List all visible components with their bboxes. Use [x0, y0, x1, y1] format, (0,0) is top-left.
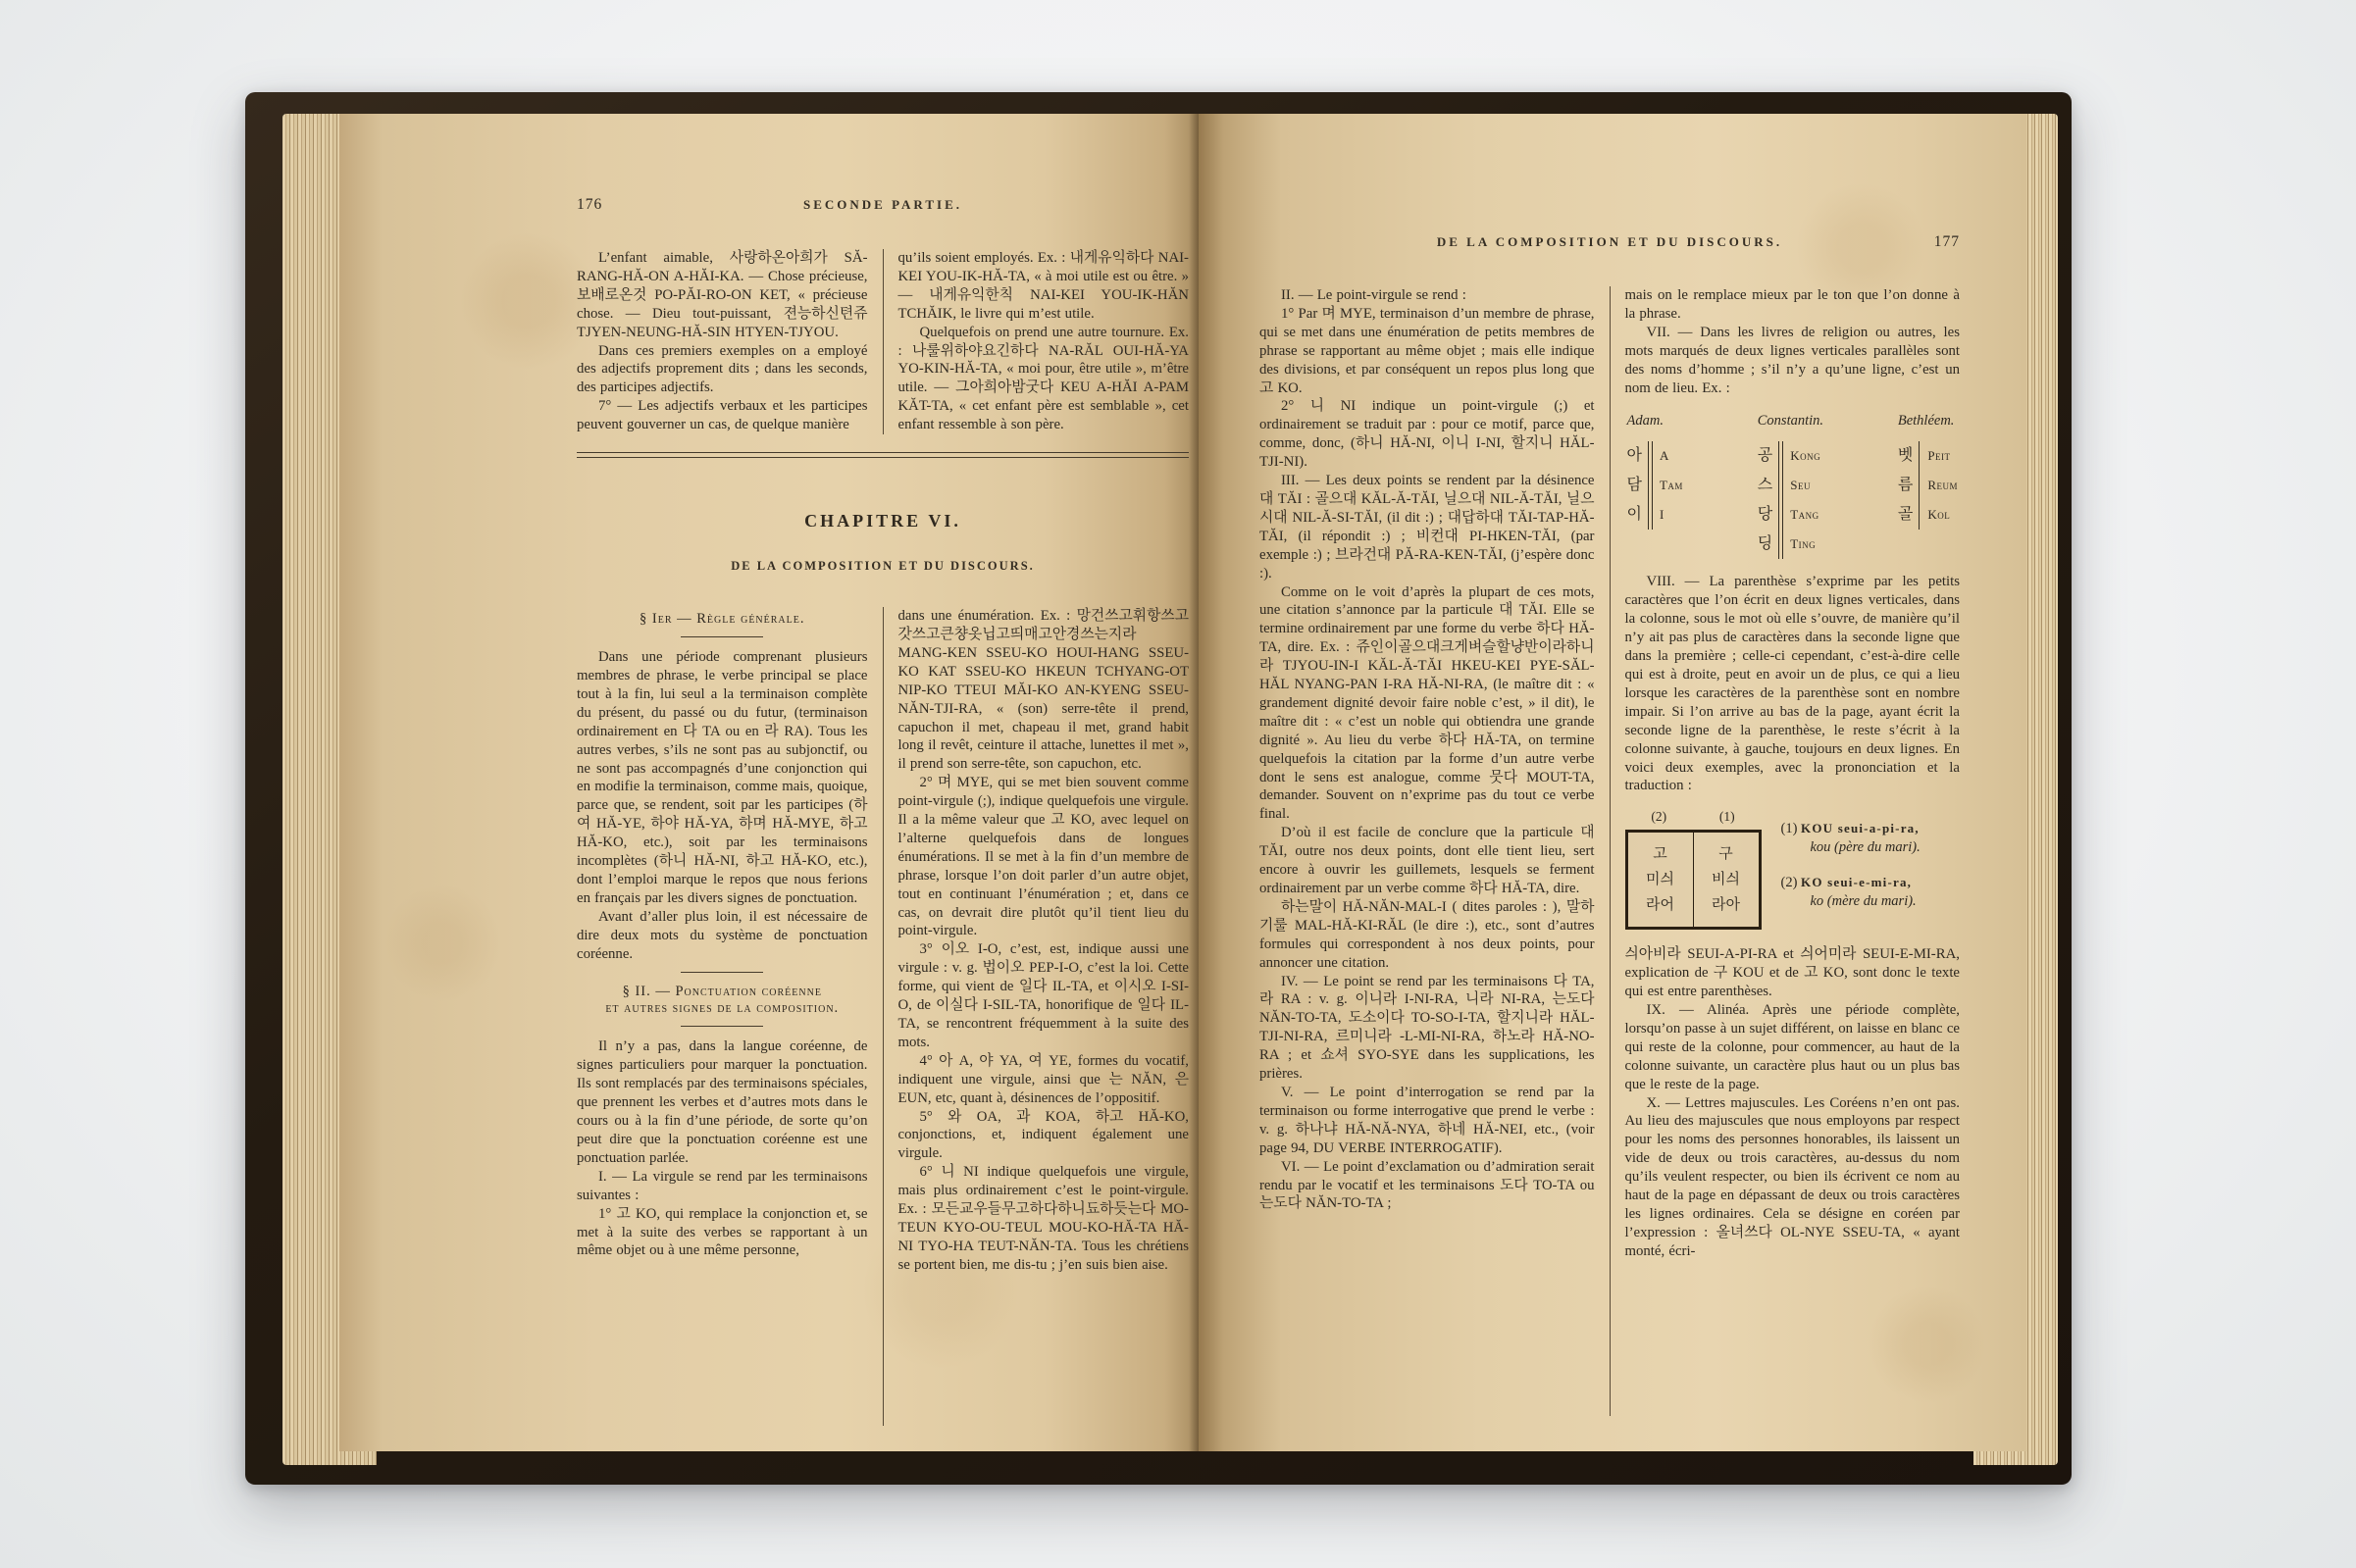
- parenthesis-box-area: (2)(1)고미싀라어구비싀라아: [1625, 809, 1762, 930]
- paragraph: qu’ils soient employés. Ex. : 내게유익하다 NAI…: [898, 249, 1190, 324]
- page-header-left: 176 SECONDE PARTIE.: [577, 196, 1189, 214]
- running-head: DE LA COMPOSITION ET DU DISCOURS.: [1338, 234, 1881, 250]
- romanization: Kong: [1790, 448, 1820, 464]
- paragraph: 하는말이 HĂ-NĂN-MAL-I ( dites paroles : ), 말…: [1259, 898, 1595, 973]
- example-translation: kou (père du mari).: [1781, 838, 1961, 857]
- romanization: Ting: [1790, 536, 1820, 552]
- paragraph: II. — Le point-virgule se rend :: [1259, 286, 1595, 305]
- pronunciation-examples: (1) KOU seui-a-pi-ra,kou (père du mari).…: [1781, 809, 1961, 927]
- chapter-heading: CHAPITRE VI. DE LA COMPOSITION ET DU DIS…: [577, 511, 1189, 574]
- name-header: Adam.: [1627, 413, 1683, 430]
- text-column: II. — Le point-virgule se rend :1° Par 며…: [1259, 286, 1610, 1416]
- chapter-title: CHAPITRE VI.: [577, 511, 1189, 531]
- column-number-label: (1): [1719, 809, 1735, 825]
- paragraph: Avant d’aller plus loin, il est nécessai…: [577, 908, 868, 964]
- page-177: DE LA COMPOSITION ET DU DISCOURS. 177 II…: [1199, 114, 2026, 1451]
- paragraph: 2° 며 MYE, qui se met bien souvent comme …: [898, 774, 1190, 940]
- paragraph: 3° 이오 I-O, c’est, est, indique aussi une…: [898, 940, 1190, 1051]
- paragraph: 6° 니 NI indique quelquefois une virgule,…: [898, 1163, 1190, 1274]
- chapter-subtitle: DE LA COMPOSITION ET DU DISCOURS.: [577, 559, 1189, 574]
- example-romanization: KO seui-e-mi-ra,: [1801, 875, 1912, 889]
- pronunciation-example: (2) KO seui-e-mi-ra,ko (mère du mari).: [1781, 873, 1961, 911]
- text-column: L’enfant aimable, 사랑하온아희가 SĂ-RANG-HĂ-ON …: [577, 249, 883, 434]
- text-column: mais on le remplace mieux par le ton que…: [1610, 286, 1961, 1416]
- romanization: A: [1660, 448, 1683, 464]
- paragraph: VI. — Le point d’exclamation ou d’admira…: [1259, 1158, 1595, 1214]
- hangul-char: 벳: [1898, 441, 1913, 471]
- paragraph: 7° — Les adjectifs verbaux et les partic…: [577, 397, 868, 434]
- name-body: 아담이ATamI: [1627, 441, 1683, 530]
- paragraph: Comme on le voit d’après la plupart de c…: [1259, 583, 1595, 825]
- hangul-char: 공: [1758, 441, 1772, 471]
- name-header: Bethléem.: [1898, 413, 1958, 430]
- name-group: Bethléem.벳름골PeitReumKol: [1898, 413, 1958, 559]
- paragraph: I. — La virgule se rend par les terminai…: [577, 1168, 868, 1205]
- pronunciation-example: (1) KOU seui-a-pi-ra,kou (père du mari).: [1781, 819, 1961, 857]
- paragraph: Quelquefois on prend une autre tournure.…: [898, 324, 1190, 434]
- hangul-char: 딩: [1758, 530, 1772, 559]
- paragraph: D’où il est facile de conclure que la pa…: [1259, 824, 1595, 898]
- hangul-char: 아: [1627, 441, 1642, 471]
- paragraph: VII. — Dans les livres de religion ou au…: [1625, 324, 1961, 398]
- name-header: Constantin.: [1758, 413, 1823, 430]
- paragraph: III. — Les deux points se rendent par la…: [1259, 472, 1595, 582]
- romanization: Reum: [1927, 478, 1958, 493]
- column-number-labels: (2)(1): [1625, 809, 1762, 825]
- paragraph: 5° 와 OA, 과 KOA, 하고 HĂ-KO, conjonctions, …: [898, 1108, 1190, 1164]
- page-176: 176 SECONDE PARTIE. L’enfant aimable, 사랑…: [339, 114, 1199, 1451]
- romanization-column: PeitReumKol: [1921, 441, 1958, 530]
- hangul-line: 라아: [1696, 892, 1757, 918]
- hangul-column: 벳름골: [1898, 441, 1919, 530]
- hangul-line: 라어: [1630, 892, 1691, 918]
- name-body: 공스당딩KongSeuTangTing: [1758, 441, 1823, 559]
- paragraph: Il n’y a pas, dans la langue coréenne, d…: [577, 1037, 868, 1167]
- short-rule: [681, 972, 763, 973]
- paragraph: IV. — Le point se rend par les terminais…: [1259, 973, 1595, 1084]
- short-rule: [681, 636, 763, 637]
- section-heading-line: § Ier — Règle générale.: [577, 611, 868, 628]
- parenthesis-box-cell: 고미싀라어: [1628, 833, 1693, 927]
- paragraph: 1° 고 KO, qui remplace la conjonction et,…: [577, 1205, 868, 1261]
- paragraph: IX. — Alinéa. Après une période complète…: [1625, 1001, 1961, 1094]
- paragraph: Dans une période comprenant plusieurs me…: [577, 648, 868, 908]
- paragraph: 4° 아 A, 야 YA, 여 YE, formes du vocatif, i…: [898, 1052, 1190, 1108]
- paragraph: VIII. — La parenthèse s’exprime par les …: [1625, 573, 1961, 795]
- hangul-line: 미싀: [1630, 867, 1691, 892]
- text-column: § Ier — Règle générale.Dans une période …: [577, 607, 883, 1426]
- name-group: Constantin.공스당딩KongSeuTangTing: [1758, 413, 1823, 559]
- romanization: Tang: [1790, 507, 1820, 523]
- hangul-line: 구: [1696, 841, 1757, 867]
- section-heading: § Ier — Règle générale.: [577, 611, 868, 628]
- paragraph: 2° 니 NI indique un point-virgule (;) et …: [1259, 397, 1595, 472]
- text-column: qu’ils soient employés. Ex. : 내게유익하다 NAI…: [883, 249, 1190, 434]
- hangul-column: 공스당딩: [1758, 441, 1778, 559]
- name-group: Adam.아담이ATamI: [1627, 413, 1683, 559]
- section-chapter-six: § Ier — Règle générale.Dans une période …: [577, 607, 1189, 1426]
- romanization-column: ATamI: [1653, 441, 1683, 530]
- hangul-line: 비싀: [1696, 867, 1757, 892]
- proper-names-table: Adam.아담이ATamIConstantin.공스당딩KongSeuTangT…: [1627, 413, 1959, 559]
- section-previous-chapter: L’enfant aimable, 사랑하온아희가 SĂ-RANG-HĂ-ON …: [577, 249, 1189, 434]
- example-romanization: KOU seui-a-pi-ra,: [1801, 821, 1920, 835]
- name-body: 벳름골PeitReumKol: [1898, 441, 1958, 530]
- page-number: 176: [577, 196, 655, 214]
- hangul-column: 아담이: [1627, 441, 1648, 530]
- romanization: Tam: [1660, 478, 1683, 493]
- hangul-char: 당: [1758, 500, 1772, 530]
- paragraph: V. — Le point d’interrogation se rend pa…: [1259, 1084, 1595, 1158]
- hangul-char: 골: [1898, 500, 1913, 530]
- romanization-column: KongSeuTangTing: [1783, 441, 1820, 559]
- paragraph: X. — Lettres majuscules. Les Coréens n’e…: [1625, 1094, 1961, 1261]
- example-number: (1): [1781, 821, 1798, 836]
- running-head: SECONDE PARTIE.: [655, 197, 1110, 213]
- hangul-line: 고: [1630, 841, 1691, 867]
- example-translation: ko (mère du mari).: [1781, 892, 1961, 911]
- paragraph: dans une énumération. Ex. : 망건쓰고휘항쓰고갓쓰고큰…: [898, 607, 1190, 774]
- hangul-char: 담: [1627, 471, 1642, 500]
- hangul-char: 스: [1758, 471, 1772, 500]
- short-rule: [681, 1026, 763, 1027]
- section-heading: § II. — Ponctuation coréenneet autres si…: [577, 984, 868, 1017]
- romanization: I: [1660, 507, 1683, 523]
- paragraph: L’enfant aimable, 사랑하온아희가 SĂ-RANG-HĂ-ON …: [577, 249, 868, 342]
- paragraph: 싀아비라 SEUI-A-PI-RA et 싀어미라 SEUI-E-MI-RA, …: [1625, 945, 1961, 1001]
- romanization: Peit: [1927, 448, 1958, 464]
- text-column: dans une énumération. Ex. : 망건쓰고휘항쓰고갓쓰고큰…: [883, 607, 1190, 1426]
- paragraph: 1° Par 며 MYE, terminaison d’un membre de…: [1259, 305, 1595, 398]
- section-chapter-six-continued: II. — Le point-virgule se rend :1° Par 며…: [1259, 286, 1960, 1416]
- hangul-char: 름: [1898, 471, 1913, 500]
- chapter-separator-rule: [577, 452, 1189, 458]
- book-cover: 176 SECONDE PARTIE. L’enfant aimable, 사랑…: [245, 92, 2072, 1485]
- section-heading-line: § II. — Ponctuation coréenne: [577, 984, 868, 1000]
- hangul-char: 이: [1627, 500, 1642, 530]
- column-number-label: (2): [1651, 809, 1666, 825]
- paragraph: mais on le remplace mieux par le ton que…: [1625, 286, 1961, 324]
- page-number: 177: [1881, 233, 1960, 251]
- paragraph: Dans ces premiers exemples on a employé …: [577, 342, 868, 398]
- parenthesis-example: (2)(1)고미싀라어구비싀라아(1) KOU seui-a-pi-ra,kou…: [1625, 809, 1961, 930]
- book-photo: 176 SECONDE PARTIE. L’enfant aimable, 사랑…: [0, 0, 2356, 1568]
- page-header-right: DE LA COMPOSITION ET DU DISCOURS. 177: [1259, 233, 1960, 251]
- example-number: (2): [1781, 875, 1798, 890]
- section-heading-line: et autres signes de la composition.: [577, 1000, 868, 1017]
- romanization: Kol: [1927, 507, 1958, 523]
- parenthesis-box-cell: 구비싀라아: [1693, 833, 1759, 927]
- romanization: Seu: [1790, 478, 1820, 493]
- parenthesis-box: 고미싀라어구비싀라아: [1625, 830, 1762, 930]
